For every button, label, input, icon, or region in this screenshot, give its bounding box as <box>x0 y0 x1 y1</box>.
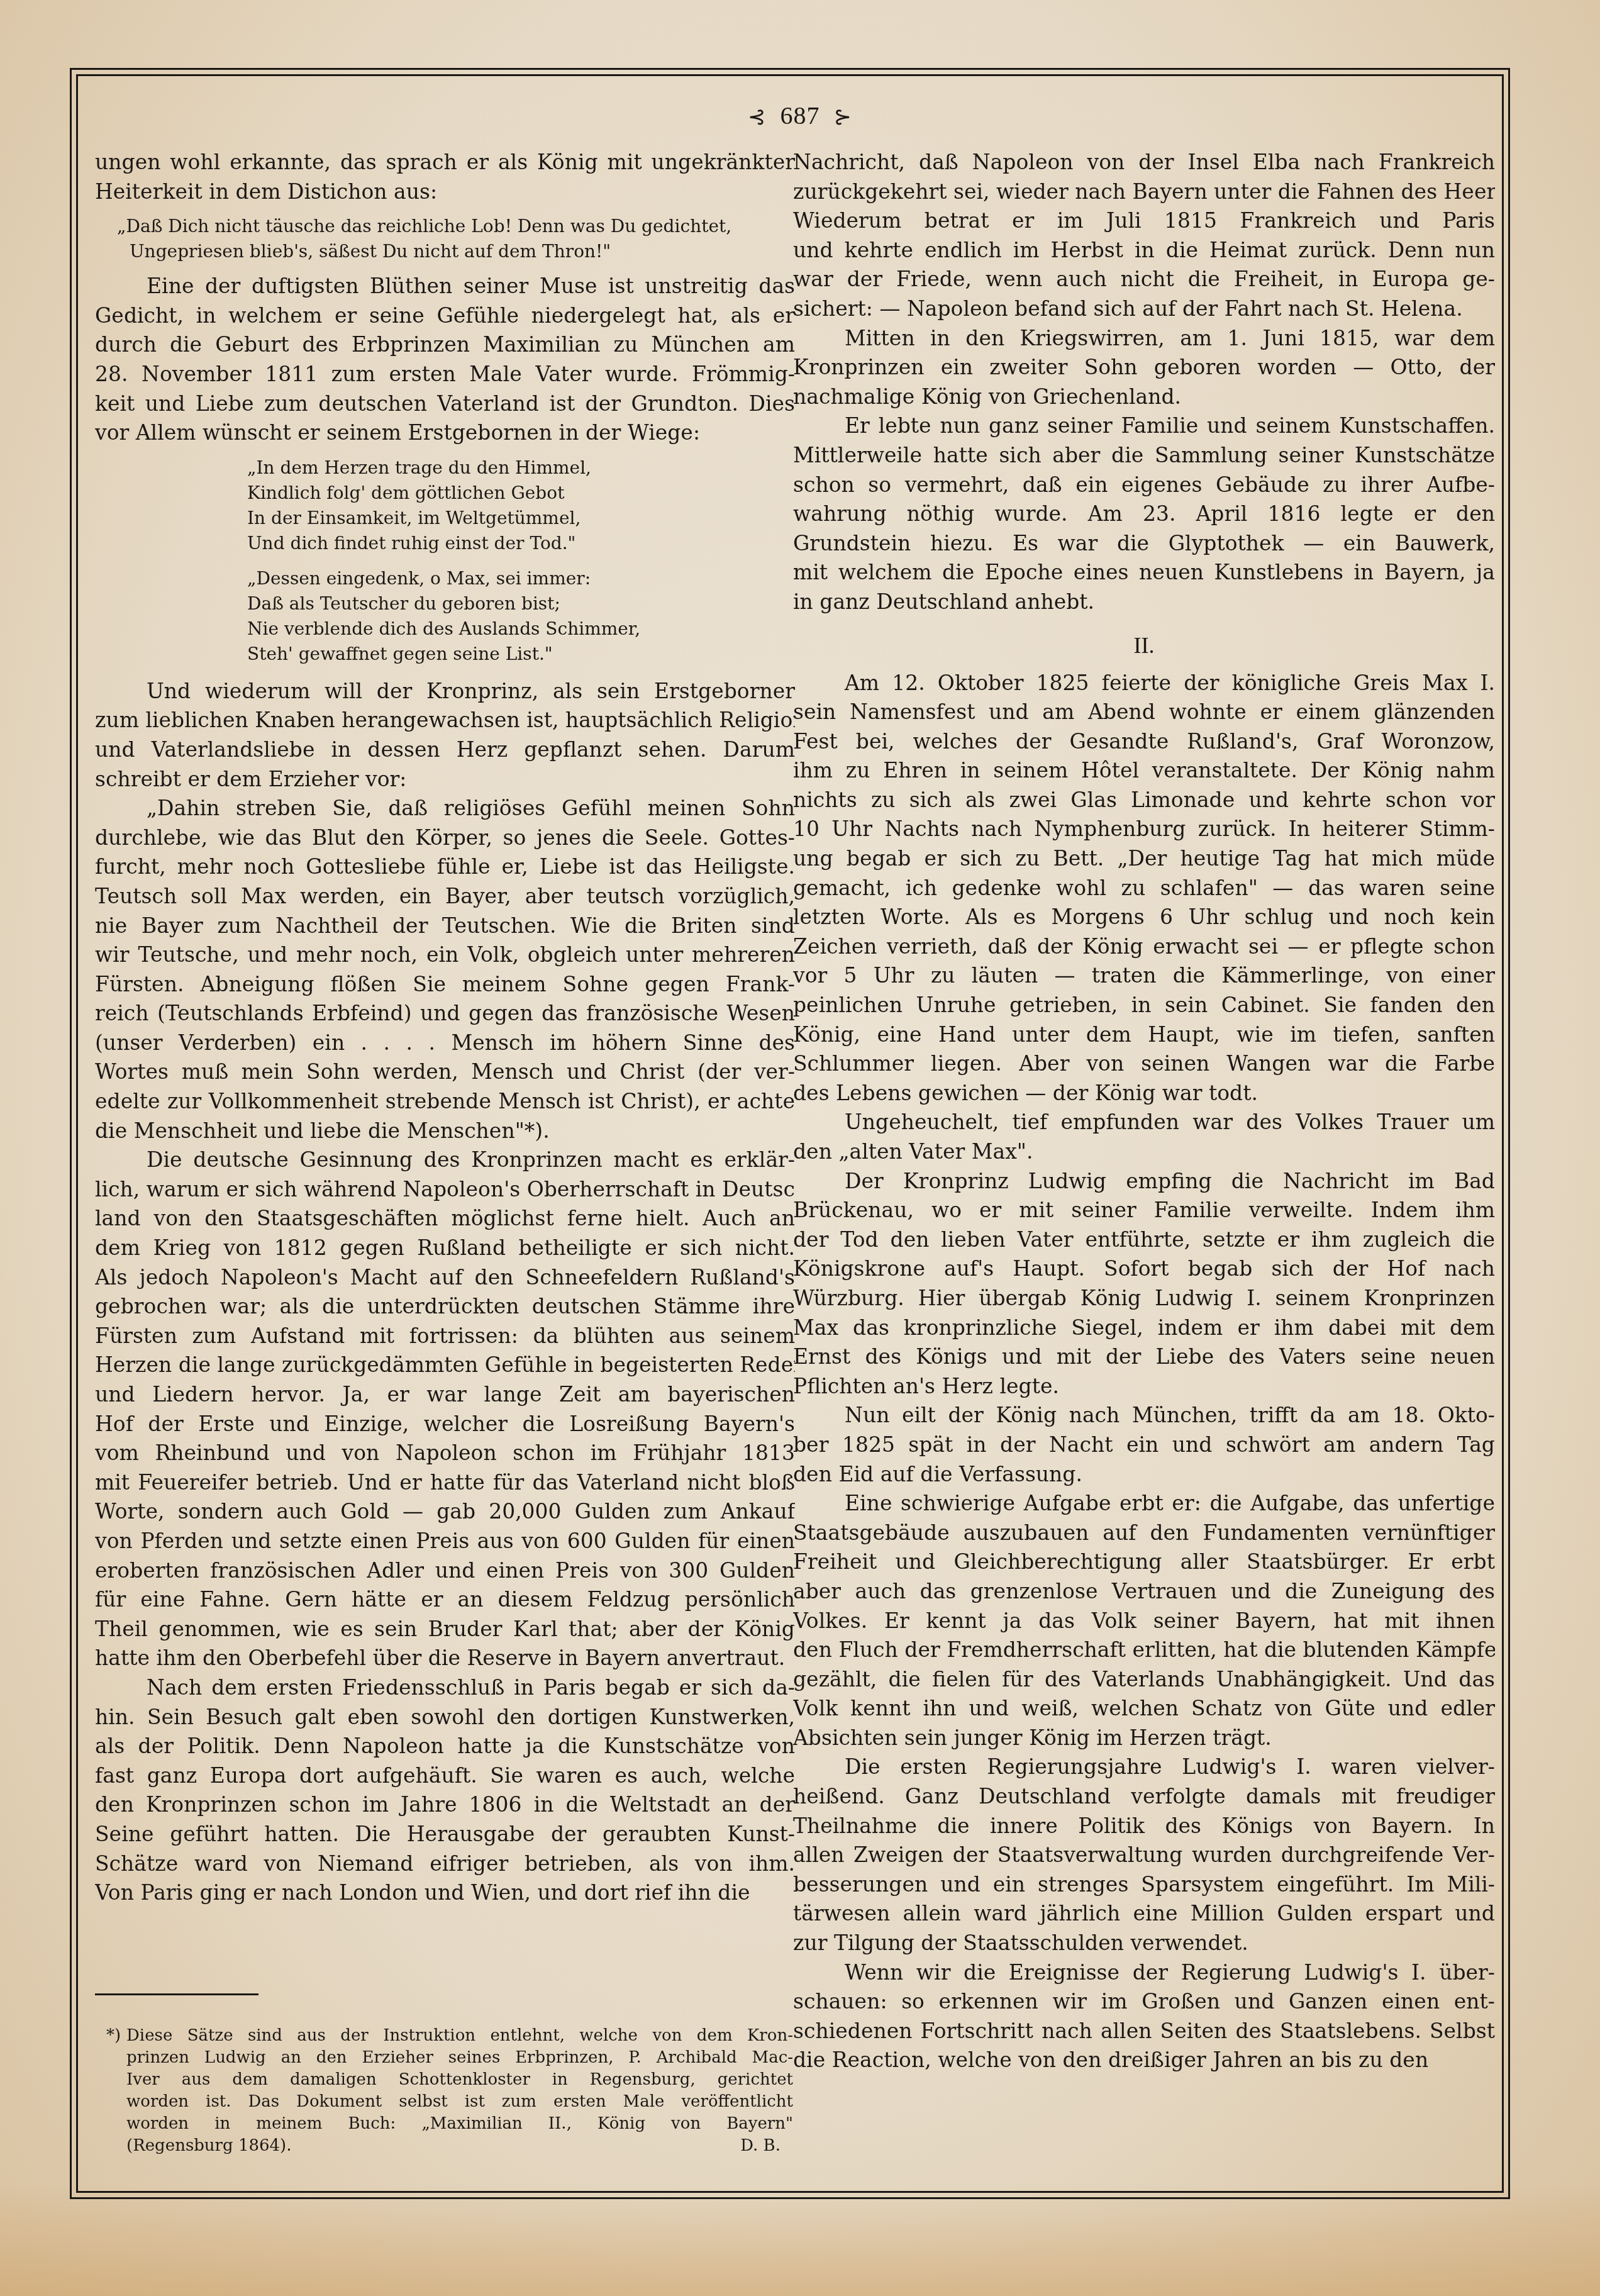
text-line: Freiheit und Gleichberechtigung aller St… <box>793 1547 1495 1577</box>
text-line: von Pferden und setzte einen Preis aus v… <box>95 1527 795 1556</box>
text-line: schreibt er dem Erzieher vor: <box>95 765 795 794</box>
text-line: Fürsten zum Aufstand mit fortrissen: da … <box>95 1322 795 1351</box>
text-line: dem Krieg von 1812 gegen Rußland betheil… <box>95 1234 795 1263</box>
text-line: Nach dem ersten Friedensschluß in Paris … <box>95 1673 795 1703</box>
text-line: Teutsch soll Max werden, ein Bayer, aber… <box>95 882 795 911</box>
text-line: gebrochen war; als die unterdrückten deu… <box>95 1292 795 1322</box>
verse-line: Und dich findet ruhig einst der Tod." <box>247 531 795 556</box>
paragraph: Er lebte nun ganz seiner Familie und sei… <box>793 411 1495 616</box>
poem-stanza: „Dessen eingedenk, o Max, sei immer:Daß … <box>247 566 795 667</box>
ornament-right-icon: ⊱ <box>834 104 853 130</box>
text-line: wahrung nöthig wurde. Am 23. April 1816 … <box>793 499 1495 529</box>
page-number: 687 <box>781 101 820 130</box>
text-line: reich (Teutschlands Erbfeind) und gegen … <box>95 999 795 1028</box>
text-line: Volkes. Er kennt ja das Volk seiner Baye… <box>793 1607 1495 1636</box>
paragraph: Die ersten Regierungsjahre Ludwig's I. w… <box>793 1753 1495 1958</box>
text-line: und Liedern hervor. Ja, er war lange Zei… <box>95 1380 795 1410</box>
text-line: Max das kronprinzliche Siegel, indem er … <box>793 1313 1495 1343</box>
text-line: hatte ihm den Oberbefehl über die Reserv… <box>95 1644 795 1673</box>
footnote-line: worden ist. Das Dokument selbst ist zum … <box>126 2091 793 2113</box>
paragraph: Eine der duftigsten Blüthen seiner Muse … <box>95 272 795 448</box>
text-line: Königskrone auf's Haupt. Sofort begab si… <box>793 1254 1495 1284</box>
paragraph: Die deutsche Gesinnung des Kronprinzen m… <box>95 1145 795 1673</box>
text-line: den Eid auf die Verfassung. <box>793 1460 1495 1490</box>
text-line: Fest bei, welches der Gesandte Rußland's… <box>793 727 1495 757</box>
verse-line: Daß als Teutscher du geboren bist; <box>247 591 795 616</box>
text-line: gezählt, die fielen für des Vaterlands U… <box>793 1665 1495 1695</box>
text-line: nie Bayer zum Nachtheil der Teutschen. W… <box>95 911 795 941</box>
text-line: Wiederum betrat er im Juli 1815 Frankrei… <box>793 206 1495 236</box>
footnote-line: (Regensburg 1864).D. B. <box>126 2135 793 2157</box>
paragraph: Nun eilt der König nach München, trifft … <box>793 1401 1495 1489</box>
right-column: Nachricht, daß Napoleon von der Insel El… <box>793 148 1495 2075</box>
text-line: Seine geführt hatten. Die Herausgabe der… <box>95 1820 795 1849</box>
verse-line: Kindlich folg' dem göttlichen Gebot <box>247 481 795 506</box>
text-line: edelte zur Vollkommenheit strebende Mens… <box>95 1087 795 1117</box>
text-line: Absichten sein junger König im Herzen tr… <box>793 1724 1495 1753</box>
text-line: Grundstein hiezu. Es war die Glyptothek … <box>793 529 1495 559</box>
text-line: des Lebens gewichen — der König war todt… <box>793 1079 1495 1108</box>
text-line: (unser Verderben) ein . . . . Mensch im … <box>95 1028 795 1058</box>
text-line: furcht, mehr noch Gottesliebe fühle er, … <box>95 852 795 882</box>
text-line: 28. November 1811 zum ersten Male Vater … <box>95 360 795 389</box>
text-line: Als jedoch Napoleon's Macht auf den Schn… <box>95 1263 795 1293</box>
text-line: lich, warum er sich während Napoleon's O… <box>95 1175 795 1205</box>
text-line: Hof der Erste und Einzige, welcher die L… <box>95 1410 795 1439</box>
footnote-line: Iver aus dem damaligen Schottenkloster i… <box>126 2069 793 2091</box>
footnote-line: prinzen Ludwig an den Erzieher seines Er… <box>126 2047 793 2069</box>
text-line: allen Zweigen der Staatsverwaltung wurde… <box>793 1841 1495 1870</box>
text-line: zum lieblichen Knaben herangewachsen ist… <box>95 706 795 735</box>
text-line: Er lebte nun ganz seiner Familie und sei… <box>793 411 1495 441</box>
text-line: Wenn wir die Ereignisse der Regierung Lu… <box>793 1958 1495 1988</box>
text-line: sichert: — Napoleon befand sich auf der … <box>793 294 1495 324</box>
text-line: Ernst des Königs und mit der Liebe des V… <box>793 1342 1495 1372</box>
text-line: Schätze ward von Niemand eifriger betrie… <box>95 1849 795 1879</box>
paragraph: Eine schwierige Aufgabe erbt er: die Auf… <box>793 1489 1495 1753</box>
text-line: Gedicht, in welchem er seine Gefühle nie… <box>95 301 795 331</box>
text-line: Staatsgebäude auszubauen auf den Fundame… <box>793 1519 1495 1548</box>
verse-line: Steh' gewaffnet gegen seine List." <box>247 642 795 667</box>
text-line: ungen wohl erkannte, das sprach er als K… <box>95 148 795 177</box>
text-line: hin. Sein Besuch galt eben sowohl den do… <box>95 1703 795 1732</box>
text-line: durch die Geburt des Erbprinzen Maximili… <box>95 330 795 360</box>
text-line: zurückgekehrt sei, wieder nach Bayern un… <box>793 177 1495 207</box>
text-line: Schlummer liegen. Aber von seinen Wangen… <box>793 1049 1495 1079</box>
paragraph: Am 12. Oktober 1825 feierte der königlic… <box>793 669 1495 1108</box>
text-line: land von den Staatsgeschäften möglichst … <box>95 1204 795 1234</box>
text-line: vor Allem wünscht er seinem Erstgebornen… <box>95 418 795 448</box>
footnote-divider <box>95 1993 258 1995</box>
text-line: Wortes muß mein Sohn werden, Mensch und … <box>95 1057 795 1087</box>
text-line: nichts zu sich als zwei Glas Limonade un… <box>793 786 1495 815</box>
text-line: Und wiederum will der Kronprinz, als sei… <box>95 677 795 706</box>
text-line: keit und Liebe zum deutschen Vaterland i… <box>95 389 795 419</box>
text-line: Nun eilt der König nach München, trifft … <box>793 1401 1495 1430</box>
text-line: Herzen die lange zurückgedämmten Gefühle… <box>95 1351 795 1380</box>
text-line: vom Rheinbund und von Napoleon schon im … <box>95 1439 795 1468</box>
text-line: tärwesen allein ward jährlich eine Milli… <box>793 1899 1495 1929</box>
text-line: König, eine Hand unter dem Haupt, wie im… <box>793 1020 1495 1050</box>
text-line: Kronprinzen ein zweiter Sohn geboren wor… <box>793 353 1495 382</box>
text-line: Der Kronprinz Ludwig empfing die Nachric… <box>793 1167 1495 1196</box>
footnote-body: Diese Sätze sind aus der Instruktion ent… <box>126 2025 793 2157</box>
verse-line: Nie verblende dich des Auslands Schimmer… <box>247 616 795 642</box>
footnote-signature: D. B. <box>740 2135 781 2157</box>
text-line: Die ersten Regierungsjahre Ludwig's I. w… <box>793 1753 1495 1782</box>
page-header: ⊰687⊱ <box>0 101 1600 130</box>
text-line: ber 1825 spät in der Nacht ein und schwö… <box>793 1430 1495 1460</box>
text-line: heißend. Ganz Deutschland verfolgte dama… <box>793 1782 1495 1812</box>
text-line: Mitten in den Kriegswirren, am 1. Juni 1… <box>793 324 1495 354</box>
text-line: schiedenen Fortschritt nach allen Seiten… <box>793 2017 1495 2046</box>
verse-line: „Daß Dich nicht täusche das reichliche L… <box>117 214 795 239</box>
text-line: Theilnahme die innere Politik des Königs… <box>793 1812 1495 1841</box>
text-line: zur Tilgung der Staatsschulden verwendet… <box>793 1929 1495 1958</box>
text-line: letzten Worte. Als es Morgens 6 Uhr schl… <box>793 903 1495 932</box>
text-line: nachmalige König von Griechenland. <box>793 382 1495 412</box>
text-line: besserungen und ein strenges Sparsystem … <box>793 1870 1495 1900</box>
ornament-left-icon: ⊰ <box>748 104 767 130</box>
text-line: 10 Uhr Nachts nach Nymphenburg zurück. I… <box>793 815 1495 844</box>
text-line: Mittlerweile hatte sich aber die Sammlun… <box>793 441 1495 471</box>
text-line: Die deutsche Gesinnung des Kronprinzen m… <box>95 1145 795 1175</box>
text-line: wir Teutsche, und mehr noch, ein Volk, o… <box>95 940 795 970</box>
text-line: Würzburg. Hier übergab König Ludwig I. s… <box>793 1284 1495 1313</box>
verse-line: „In dem Herzen trage du den Himmel, <box>247 455 795 481</box>
text-line: Ungeheuchelt, tief empfunden war des Vol… <box>793 1108 1495 1137</box>
paragraph: Wenn wir die Ereignisse der Regierung Lu… <box>793 1958 1495 2075</box>
text-line: Eine der duftigsten Blüthen seiner Muse … <box>95 272 795 301</box>
text-line: schon so vermehrt, daß ein eigenes Gebäu… <box>793 471 1495 500</box>
text-line: die Menschheit und liebe die Menschen"*)… <box>95 1117 795 1146</box>
text-line: Von Paris ging er nach London und Wien, … <box>95 1878 795 1908</box>
text-line: der Tod den lieben Vater entführte, setz… <box>793 1225 1495 1255</box>
text-line: Am 12. Oktober 1825 feierte der königlic… <box>793 669 1495 698</box>
text-line: mit Feuereifer betrieb. Und er hatte für… <box>95 1468 795 1498</box>
text-line: Pflichten an's Herz legte. <box>793 1372 1495 1402</box>
text-line: Heiterkeit in dem Distichon aus: <box>95 177 795 207</box>
paragraph: Und wiederum will der Kronprinz, als sei… <box>95 677 795 794</box>
paragraph: Nach dem ersten Friedensschluß in Paris … <box>95 1673 795 1908</box>
left-column: ungen wohl erkannte, das sprach er als K… <box>95 148 795 1908</box>
paragraph: Der Kronprinz Ludwig empfing die Nachric… <box>793 1167 1495 1402</box>
text-line: Zeichen verrieth, daß der König erwacht … <box>793 932 1495 962</box>
text-line: die Reaction, welche von den dreißiger J… <box>793 2046 1495 2075</box>
poem: „In dem Herzen trage du den Himmel,Kindl… <box>95 455 795 667</box>
text-line: Theil genommen, wie es sein Bruder Karl … <box>95 1615 795 1644</box>
text-line: war der Friede, wenn auch nicht die Frei… <box>793 265 1495 294</box>
footnote-marker: *) <box>106 2025 121 2047</box>
text-line: sein Namensfest und am Abend wohnte er e… <box>793 698 1495 727</box>
footnote-line: Diese Sätze sind aus der Instruktion ent… <box>126 2025 793 2047</box>
verse-line: „Dessen eingedenk, o Max, sei immer: <box>247 566 795 591</box>
distichon-quote: „Daß Dich nicht täusche das reichliche L… <box>95 214 795 264</box>
verse-line: In der Einsamkeit, im Weltgetümmel, <box>247 506 795 531</box>
text-line: für eine Fahne. Gern hätte er an diesem … <box>95 1585 795 1615</box>
text-line: fast ganz Europa dort aufgehäuft. Sie wa… <box>95 1761 795 1791</box>
text-line: in ganz Deutschland anhebt. <box>793 588 1495 617</box>
text-line: den „alten Vater Max". <box>793 1137 1495 1167</box>
paper-stain <box>0 2183 1600 2296</box>
paragraph: Mitten in den Kriegswirren, am 1. Juni 1… <box>793 324 1495 412</box>
text-line: peinlichen Unruhe getrieben, in sein Cab… <box>793 991 1495 1020</box>
text-line: „Dahin streben Sie, daß religiöses Gefüh… <box>95 794 795 823</box>
text-line: als der Politik. Denn Napoleon hatte ja … <box>95 1732 795 1761</box>
paragraph: ungen wohl erkannte, das sprach er als K… <box>95 148 795 206</box>
text-line: und kehrte endlich im Herbst in die Heim… <box>793 236 1495 265</box>
text-line: Nachricht, daß Napoleon von der Insel El… <box>793 148 1495 177</box>
paragraph: Ungeheuchelt, tief empfunden war des Vol… <box>793 1108 1495 1166</box>
text-line: ung begab er sich zu Bett. „Der heutige … <box>793 844 1495 874</box>
text-line: aber auch das grenzenlose Vertrauen und … <box>793 1577 1495 1607</box>
footnote: *) Diese Sätze sind aus der Instruktion … <box>95 2025 793 2157</box>
paragraph: Nachricht, daß Napoleon von der Insel El… <box>793 148 1495 324</box>
footnote-line: worden in meinem Buch: „Maximilian II., … <box>126 2113 793 2135</box>
text-line: schauen: so erkennen wir im Großen und G… <box>793 1987 1495 2017</box>
paragraph: „Dahin streben Sie, daß religiöses Gefüh… <box>95 794 795 1145</box>
verse-line: Ungepriesen blieb's, säßest Du nicht auf… <box>117 239 795 264</box>
text-line: ihm zu Ehren in seinem Hôtel veranstalte… <box>793 756 1495 786</box>
text-line: Fürsten. Abneigung flößen Sie meinem Soh… <box>95 970 795 1000</box>
text-line: durchlebe, wie das Blut den Körper, so j… <box>95 823 795 853</box>
text-line: gemacht, ich gedenke wohl zu schlafen" —… <box>793 874 1495 903</box>
text-line: eroberten französischen Adler und einen … <box>95 1556 795 1586</box>
text-line: Worte, sondern auch Gold — gab 20,000 Gu… <box>95 1497 795 1527</box>
poem-stanza: „In dem Herzen trage du den Himmel,Kindl… <box>247 455 795 556</box>
text-line: Eine schwierige Aufgabe erbt er: die Auf… <box>793 1489 1495 1519</box>
text-line: Volk kennt ihn und weiß, welchen Schatz … <box>793 1694 1495 1724</box>
text-line: und Vaterlandsliebe in dessen Herz gepfl… <box>95 735 795 765</box>
text-line: den Fluch der Fremdherrschaft erlitten, … <box>793 1636 1495 1665</box>
text-line: Brückenau, wo er mit seiner Familie verw… <box>793 1196 1495 1225</box>
text-line: vor 5 Uhr zu läuten — traten die Kämmerl… <box>793 961 1495 991</box>
text-line: mit welchem die Epoche eines neuen Kunst… <box>793 558 1495 588</box>
section-heading: II. <box>793 631 1495 660</box>
text-line: den Kronprinzen schon im Jahre 1806 in d… <box>95 1790 795 1820</box>
